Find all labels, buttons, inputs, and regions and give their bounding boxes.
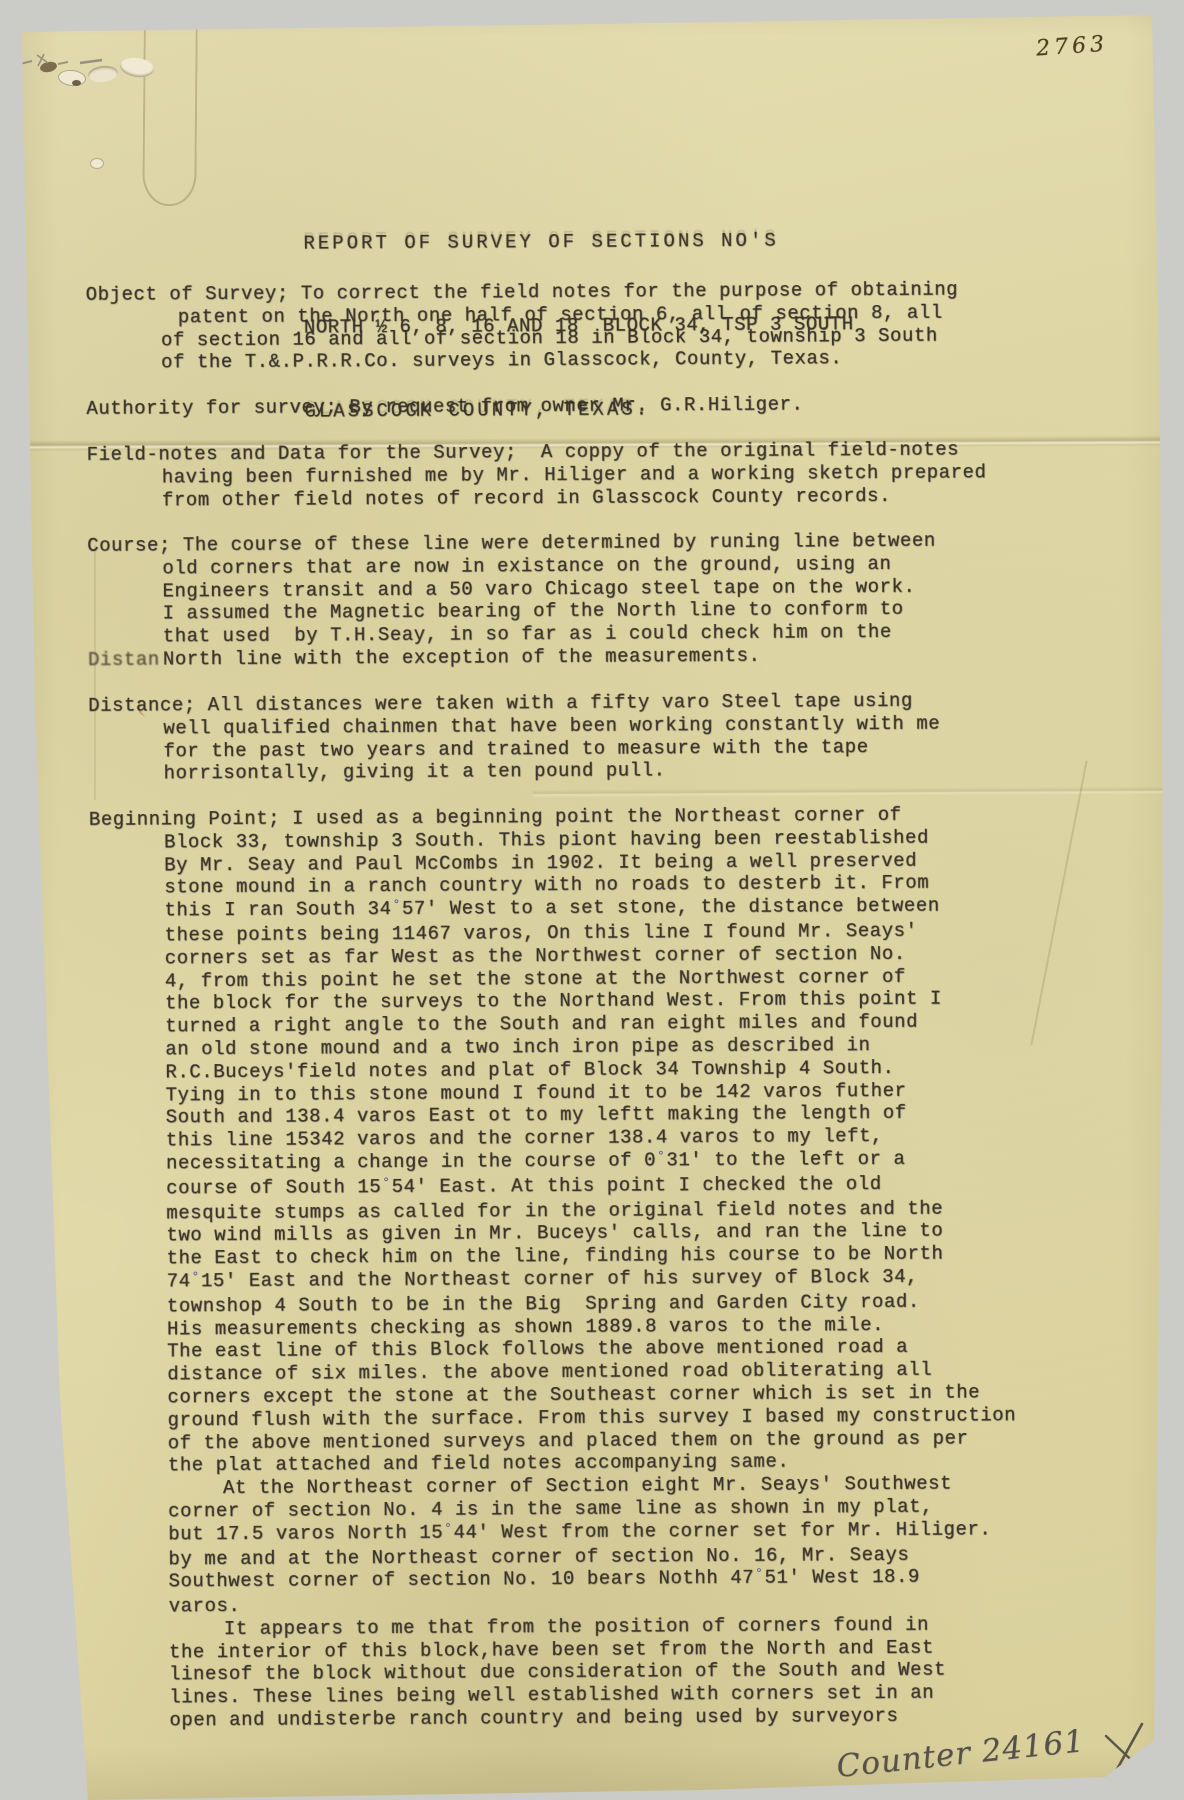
scanned-document-page: { "page": { "handwritten_number": "2763"… <box>0 0 1184 1800</box>
typed-line: North line with the exception of the mea… <box>88 643 1088 672</box>
section-course: Course; The course of these line were de… <box>87 529 1088 672</box>
typed-line: horrisontally, giving it a ten pound pul… <box>89 757 1089 786</box>
section-field-notes: Field-notes and Data for the Survey; A c… <box>87 438 1087 512</box>
degree-symbol: ° <box>382 1175 390 1190</box>
section-beginning-point: Beginning Point; I used as a beginning p… <box>89 803 1095 1733</box>
aged-paper-sheet: 2763 REPORT OF SURVEY OF SECTIONS NO'S N… <box>0 0 1184 1800</box>
degree-symbol: ° <box>192 1269 200 1284</box>
pencil-x-mark <box>1098 1716 1154 1788</box>
erased-ghost-text: Distan <box>88 648 160 670</box>
degree-symbol: ° <box>392 897 400 912</box>
title-line-1: REPORT OF SURVEY OF SECTIONS NO'S <box>303 226 853 257</box>
section-authority: Authority for survey; By request from ow… <box>86 392 1086 421</box>
degree-symbol: ° <box>657 1148 665 1163</box>
degree-symbol: ° <box>444 1520 452 1535</box>
typed-text-layer: REPORT OF SURVEY OF SECTIONS NO'S NORTH … <box>0 0 1184 1800</box>
section-object-of-survey: Object of Survey; To correct the field n… <box>86 278 1087 375</box>
typed-line: of the T.&.P.R.R.Co. surveys in Glasscoc… <box>86 346 1086 375</box>
section-distance: Distance; All distances were taken with … <box>88 689 1089 786</box>
typed-line: open and undisterbe ranch country and be… <box>94 1704 1094 1733</box>
typed-line: Authority for survey; By request from ow… <box>86 392 1086 421</box>
degree-symbol: ° <box>755 1566 763 1581</box>
